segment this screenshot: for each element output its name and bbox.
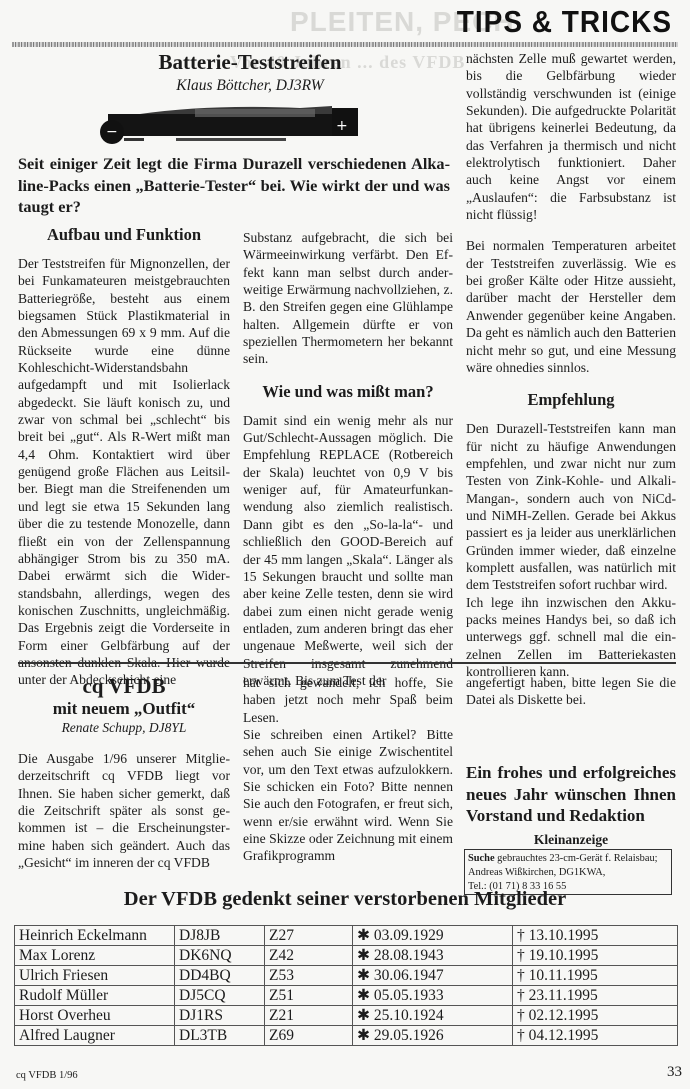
battery-test-strip-image: − + bbox=[100, 100, 358, 145]
article-header: Batterie-Teststreifen Klaus Böttcher, DJ… bbox=[60, 50, 440, 95]
member-born: ✱ 30.06.1947 bbox=[353, 966, 513, 986]
member-born: ✱ 28.08.1943 bbox=[353, 946, 513, 966]
section-heading-empfehlung: Empfehlung bbox=[466, 390, 676, 410]
table-row: Max Lorenz DK6NQ Z42 ✱ 28.08.1943 † 19.1… bbox=[15, 946, 678, 966]
footer-issue: cq VFDB 1/96 bbox=[16, 1070, 78, 1081]
member-died: † 10.11.1995 bbox=[513, 966, 678, 986]
member-callsign: DK6NQ bbox=[175, 946, 265, 966]
member-district: Z69 bbox=[265, 1026, 353, 1046]
born-star-icon: ✱ bbox=[357, 927, 370, 944]
cq-column-3: angefertigt haben, bitte legen Sie die D… bbox=[466, 674, 676, 709]
member-name: Horst Overheu bbox=[15, 1006, 175, 1026]
table-row: Alfred Laugner DL3TB Z69 ✱ 29.05.1926 † … bbox=[15, 1026, 678, 1046]
member-callsign: DJ5CQ bbox=[175, 986, 265, 1006]
section-heading-aufbau: Aufbau und Funktion bbox=[18, 225, 230, 245]
cq-article-title: cq VFDB bbox=[18, 674, 230, 698]
classified-line-2: Andreas Wißkirchen, DG1KWA, bbox=[468, 866, 667, 880]
section-divider bbox=[18, 662, 676, 664]
article-body-col2a: Substanz aufgebracht, die sich bei Wärme… bbox=[243, 229, 453, 368]
article-body-col3c: Den Durazell-Teststreifen kann man für n… bbox=[466, 420, 676, 593]
born-star-icon: ✱ bbox=[357, 1007, 370, 1024]
classified-keyword: Suche bbox=[468, 853, 495, 864]
member-died: † 02.12.1995 bbox=[513, 1006, 678, 1026]
cq-body-col2a: hat sich gewandelt; ich hoffe, Sie haben… bbox=[243, 674, 453, 726]
table-row: Heinrich Eckelmann DJ8JB Z27 ✱ 03.09.192… bbox=[15, 926, 678, 946]
article-body-col2b: Damit sind ein wenig mehr als nur Gut/Sc… bbox=[243, 412, 453, 690]
born-star-icon: ✱ bbox=[357, 1027, 370, 1044]
cq-column-2: hat sich gewandelt; ich hoffe, Sie haben… bbox=[243, 674, 453, 865]
member-district: Z21 bbox=[265, 1006, 353, 1026]
article-body-col1: Der Teststreifen für Mignonzellen, der b… bbox=[18, 255, 230, 689]
member-name: Max Lorenz bbox=[15, 946, 175, 966]
dagger-icon: † bbox=[517, 1007, 525, 1024]
article-body-col3d: Ich lege ihn inzwischen den Akku­packs m… bbox=[466, 594, 676, 681]
member-district: Z27 bbox=[265, 926, 353, 946]
article-title: Batterie-Teststreifen bbox=[60, 50, 440, 75]
cq-body-col3: angefertigt haben, bitte legen Sie die D… bbox=[466, 674, 676, 709]
cq-body-col2b: Sie schreiben einen Artikel? Bitte sehen… bbox=[243, 726, 453, 865]
member-name: Rudolf Müller bbox=[15, 986, 175, 1006]
section-heading-messen: Wie und was mißt man? bbox=[243, 382, 453, 402]
classified-heading: Kleinanzeige bbox=[466, 832, 676, 848]
memorial-title: Der VFDB gedenkt seiner verstorbenen Mit… bbox=[0, 888, 690, 911]
column-3: nächsten Zelle muß gewartet wer­den, bis… bbox=[466, 50, 676, 680]
member-born: ✱ 05.05.1933 bbox=[353, 986, 513, 1006]
dagger-icon: † bbox=[517, 967, 525, 984]
cq-article-subtitle: mit neuem „Outfit“ bbox=[18, 698, 230, 719]
table-row: Ulrich Friesen DD4BQ Z53 ✱ 30.06.1947 † … bbox=[15, 966, 678, 986]
cq-article-header: cq VFDB mit neuem „Outfit“ Renate Schupp… bbox=[18, 674, 230, 736]
classified-text: gebrauchtes 23-cm-Gerät f. Relaisbau; bbox=[495, 853, 658, 864]
dagger-icon: † bbox=[517, 927, 525, 944]
column-2: Substanz aufgebracht, die sich bei Wärme… bbox=[243, 229, 453, 689]
minus-icon: − bbox=[106, 124, 118, 140]
member-callsign: DJ8JB bbox=[175, 926, 265, 946]
born-star-icon: ✱ bbox=[357, 947, 370, 964]
member-callsign: DL3TB bbox=[175, 1026, 265, 1046]
member-name: Ulrich Friesen bbox=[15, 966, 175, 986]
member-callsign: DJ1RS bbox=[175, 1006, 265, 1026]
column-1: Aufbau und Funktion Der Teststreifen für… bbox=[18, 225, 230, 689]
member-callsign: DD4BQ bbox=[175, 966, 265, 986]
memorial-table: Heinrich Eckelmann DJ8JB Z27 ✱ 03.09.192… bbox=[14, 925, 678, 1046]
member-died: † 23.11.1995 bbox=[513, 986, 678, 1006]
classified-line-1: Suche gebrauchtes 23-cm-Gerät f. Relaisb… bbox=[468, 852, 667, 866]
table-row: Horst Overheu DJ1RS Z21 ✱ 25.10.1924 † 0… bbox=[15, 1006, 678, 1026]
cq-article-author: Renate Schupp, DJ8YL bbox=[18, 719, 230, 736]
member-district: Z42 bbox=[265, 946, 353, 966]
article-body-col3b: Bei normalen Temperaturen arbeitet der T… bbox=[466, 237, 676, 376]
born-star-icon: ✱ bbox=[357, 967, 370, 984]
cq-column-1: Die Ausgabe 1/96 unserer Mitglie­derzeit… bbox=[18, 750, 230, 871]
dagger-icon: † bbox=[517, 1027, 525, 1044]
member-district: Z53 bbox=[265, 966, 353, 986]
plus-icon: + bbox=[336, 118, 348, 134]
article-author: Klaus Böttcher, DJ3RW bbox=[60, 77, 440, 95]
header-divider-band bbox=[12, 42, 678, 47]
page-number: 33 bbox=[667, 1064, 682, 1081]
member-born: ✱ 29.05.1926 bbox=[353, 1026, 513, 1046]
member-born: ✱ 03.09.1929 bbox=[353, 926, 513, 946]
article-body-col3a: nächsten Zelle muß gewartet wer­den, bis… bbox=[466, 50, 676, 223]
member-born: ✱ 25.10.1924 bbox=[353, 1006, 513, 1026]
cq-body-col1: Die Ausgabe 1/96 unserer Mitglie­derzeit… bbox=[18, 750, 230, 871]
member-district: Z51 bbox=[265, 986, 353, 1006]
member-died: † 13.10.1995 bbox=[513, 926, 678, 946]
dagger-icon: † bbox=[517, 947, 525, 964]
member-name: Alfred Laugner bbox=[15, 1026, 175, 1046]
member-name: Heinrich Eckelmann bbox=[15, 926, 175, 946]
section-title: TIPS & TRICKS bbox=[457, 4, 672, 39]
article-lead: Seit einiger Zeit legt die Firma Durazel… bbox=[18, 153, 450, 218]
dagger-icon: † bbox=[517, 987, 525, 1004]
member-died: † 19.10.1995 bbox=[513, 946, 678, 966]
new-year-greeting: Ein frohes und erfolgreiches neues Jahr … bbox=[466, 762, 676, 827]
born-star-icon: ✱ bbox=[357, 987, 370, 1004]
member-died: † 04.12.1995 bbox=[513, 1026, 678, 1046]
table-row: Rudolf Müller DJ5CQ Z51 ✱ 05.05.1933 † 2… bbox=[15, 986, 678, 1006]
